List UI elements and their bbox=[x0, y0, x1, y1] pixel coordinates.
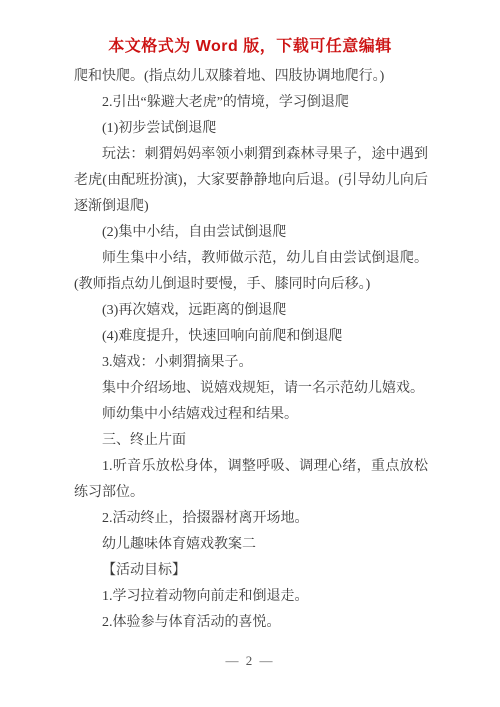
page-number: — 2 — bbox=[0, 653, 500, 669]
paragraph: 爬和快爬。(指点幼儿双膝着地、四肢协调地爬行。) bbox=[74, 64, 428, 90]
paragraph: 师幼集中小结嬉戏过程和结果。 bbox=[74, 402, 428, 428]
paragraph: 集中介绍场地、说嬉戏规矩，请一名示范幼儿嬉戏。 bbox=[74, 376, 428, 402]
paragraph: (2)集中小结，自由尝试倒退爬 bbox=[74, 220, 428, 246]
paragraph: (3)再次嬉戏，远距离的倒退爬 bbox=[74, 298, 428, 324]
document-body: 爬和快爬。(指点幼儿双膝着地、四肢协调地爬行。)2.引出“躲避大老虎”的情境，学… bbox=[74, 64, 428, 636]
paragraph: 2.引出“躲避大老虎”的情境，学习倒退爬 bbox=[74, 90, 428, 116]
paragraph: (4)难度提升，快速回响向前爬和倒退爬 bbox=[74, 324, 428, 350]
paragraph: 幼儿趣味体育嬉戏教案二 bbox=[74, 532, 428, 558]
paragraph: 玩法：刺猬妈妈率领小刺猬到森林寻果子，途中遇到老虎(由配班扮演)，大家要静静地向… bbox=[74, 142, 428, 220]
paragraph: 1.听音乐放松身体，调整呼吸、调理心绪，重点放松练习部位。 bbox=[74, 454, 428, 506]
paragraph: 三、终止片面 bbox=[74, 428, 428, 454]
paragraph: 1.学习拉着动物向前走和倒退走。 bbox=[74, 584, 428, 610]
paragraph: 2.活动终止，拾掇器材离开场地。 bbox=[74, 506, 428, 532]
paragraph: 师生集中小结，教师做示范，幼儿自由尝试倒退爬。(教师指点幼儿倒退时要慢，手、膝同… bbox=[74, 246, 428, 298]
paragraph: 3.嬉戏：小刺猬摘果子。 bbox=[74, 350, 428, 376]
paragraph: 【活动目标】 bbox=[74, 558, 428, 584]
paragraph: 2.体验参与体育活动的喜悦。 bbox=[74, 610, 428, 636]
word-format-banner: 本文格式为 Word 版，下载可任意编辑 bbox=[0, 33, 500, 56]
document-page: 本文格式为 Word 版，下载可任意编辑 爬和快爬。(指点幼儿双膝着地、四肢协调… bbox=[0, 0, 500, 707]
paragraph: (1)初步尝试倒退爬 bbox=[74, 116, 428, 142]
